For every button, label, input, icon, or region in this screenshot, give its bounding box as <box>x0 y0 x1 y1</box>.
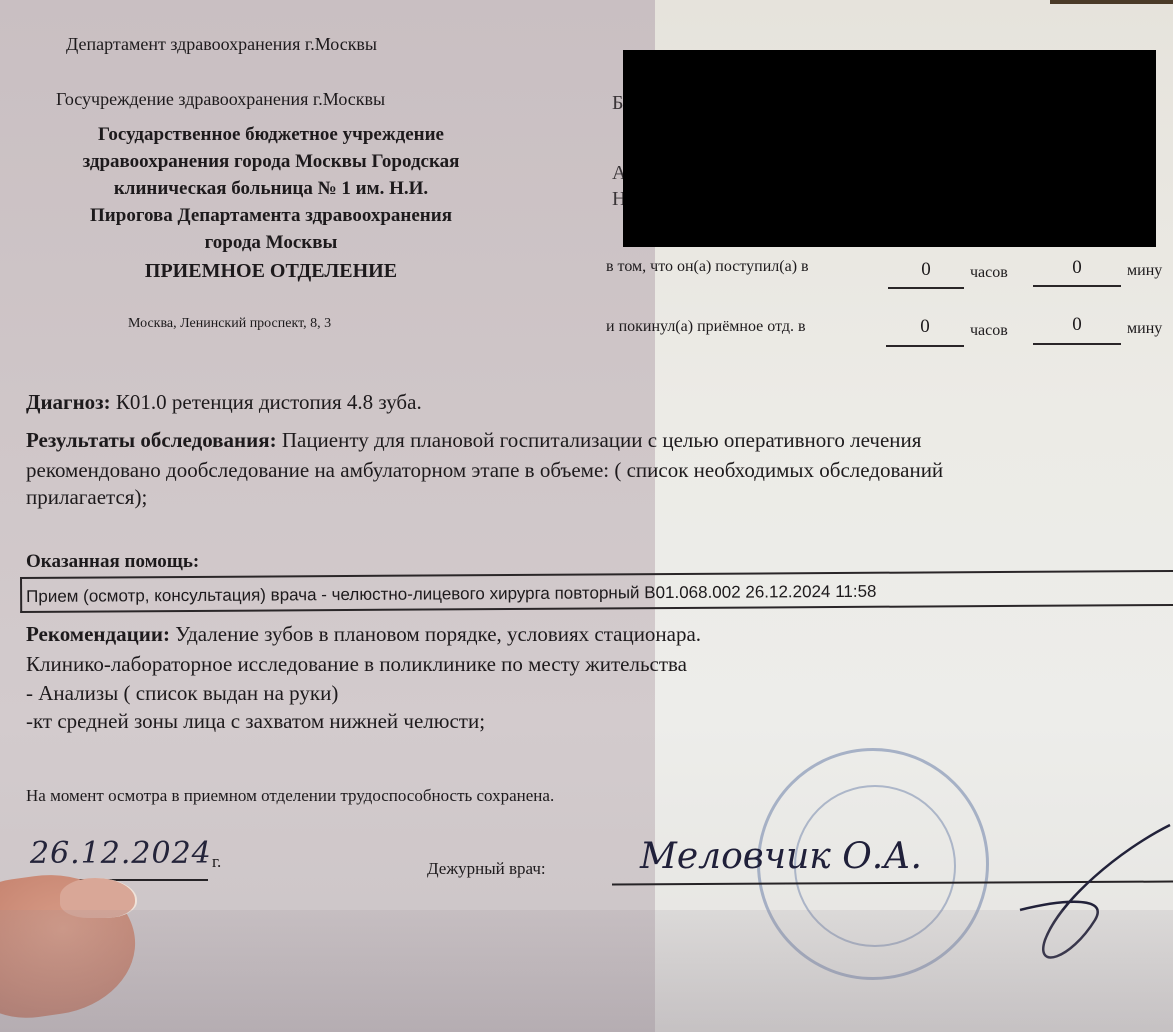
arrived-label: в том, что он(а) поступил(а) в <box>606 258 809 276</box>
institution-type: Госучреждение здравоохранения г.Москвы <box>56 89 385 110</box>
exam-results-line: рекомендовано дообследование на амбулато… <box>26 458 943 483</box>
left-minutes: 0 <box>1033 314 1121 345</box>
recommendations-line: - Анализы ( список выдан на руки) <box>26 681 338 706</box>
doctor-label: Дежурный врач: <box>427 859 546 879</box>
recommendations-line: -кт средней зоны лица с захватом нижней … <box>26 709 485 734</box>
redaction-box <box>623 50 1156 247</box>
institution-line: Пирогова Департамента здравоохранения <box>26 202 516 229</box>
date-handwritten: 26.12.2024 <box>30 836 212 871</box>
institution-name: Государственное бюджетное учреждение здр… <box>26 121 516 285</box>
department-title: Департамент здравоохранения г.Москвы <box>66 34 377 55</box>
exam-results-line: прилагается); <box>26 485 147 510</box>
diagnosis-text: К01.0 ретенция дистопия 4.8 зуба. <box>116 390 422 414</box>
recommendations-line: Удаление зубов в плановом порядке, услов… <box>175 622 701 646</box>
left-label: и покинул(а) приёмное отд. в <box>606 318 806 336</box>
work-capacity-statement: На момент осмотра в приемном отделении т… <box>26 786 554 806</box>
redacted-fragment: Б <box>612 92 623 115</box>
institution-line: клиническая больница № 1 им. Н.И. <box>26 175 516 202</box>
institution-line: здравоохранения города Москвы Городская <box>26 148 516 175</box>
exam-results: Результаты обследования: Пациенту для пл… <box>26 428 921 453</box>
arrived-hours: 0 <box>888 259 964 289</box>
recommendations-line: Клинико-лабораторное исследование в поли… <box>26 652 687 677</box>
aid-label: Оказанная помощь: <box>26 551 199 573</box>
left-hours: 0 <box>886 316 964 347</box>
photo-shadow <box>0 910 1173 1032</box>
aid-box: Прием (осмотр, консультация) врача - чел… <box>20 570 1173 613</box>
hours-word: часов <box>970 264 1008 282</box>
institution-line: города Москвы <box>26 229 516 256</box>
minutes-word: мину <box>1127 320 1162 338</box>
exam-results-label: Результаты обследования: <box>26 428 277 452</box>
paper-edge <box>1050 0 1173 4</box>
doctor-signature: Меловчик О.А. <box>640 836 922 877</box>
arrived-minutes: 0 <box>1033 257 1121 287</box>
address: Москва, Ленинский проспект, 8, 3 <box>128 316 331 332</box>
unit-title: ПРИЕМНОЕ ОТДЕЛЕНИЕ <box>26 258 516 285</box>
hours-word: часов <box>970 322 1008 340</box>
recommendations: Рекомендации: Удаление зубов в плановом … <box>26 622 701 647</box>
minutes-word: мину <box>1127 262 1162 280</box>
diagnosis: Диагноз: К01.0 ретенция дистопия 4.8 зуб… <box>26 390 422 415</box>
recommendations-label: Рекомендации: <box>26 622 170 646</box>
year-suffix: г. <box>212 852 221 872</box>
exam-results-line: Пациенту для плановой госпитализации с ц… <box>282 428 922 452</box>
diagnosis-label: Диагноз: <box>26 390 111 414</box>
institution-line: Государственное бюджетное учреждение <box>26 121 516 148</box>
